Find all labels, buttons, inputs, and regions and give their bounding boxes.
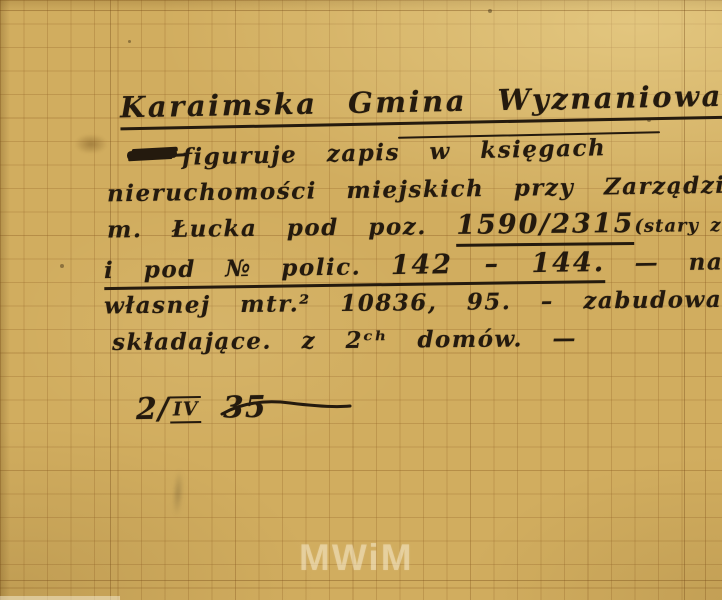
- police-number: 142 – 144.: [390, 247, 605, 281]
- line4-note: (stary zapis): [634, 214, 722, 236]
- handwriting-line: m. Łucka pod poz. 1590/2315(stary zapis): [107, 206, 722, 244]
- line5-rest: — na ziemi: [605, 247, 722, 277]
- police-number-underlined: i pod № polic. 142 – 144.: [104, 250, 606, 290]
- speck: [60, 264, 64, 268]
- stain: [68, 130, 114, 158]
- document-page: Karaimska Gmina Wyznaniowa — figuruje za…: [0, 0, 722, 600]
- dark-grid-line-horizontal: [0, 10, 722, 11]
- flourish-stroke: [220, 396, 354, 420]
- line4-text: m. Łucka pod poz.: [107, 213, 457, 244]
- handwriting-line: składające. z 2ᶜʰ domów. —: [112, 325, 577, 356]
- watermark: MWiM: [299, 537, 414, 579]
- date-day: 2/: [136, 392, 170, 428]
- registry-number: 1590/2315: [456, 208, 635, 247]
- scan-edge: [0, 596, 120, 600]
- date-month-roman: IV: [170, 396, 202, 424]
- speck: [488, 9, 492, 13]
- speck: [128, 40, 131, 43]
- dark-grid-line-horizontal: [0, 580, 722, 581]
- line5-text: i pod № polic.: [104, 253, 391, 284]
